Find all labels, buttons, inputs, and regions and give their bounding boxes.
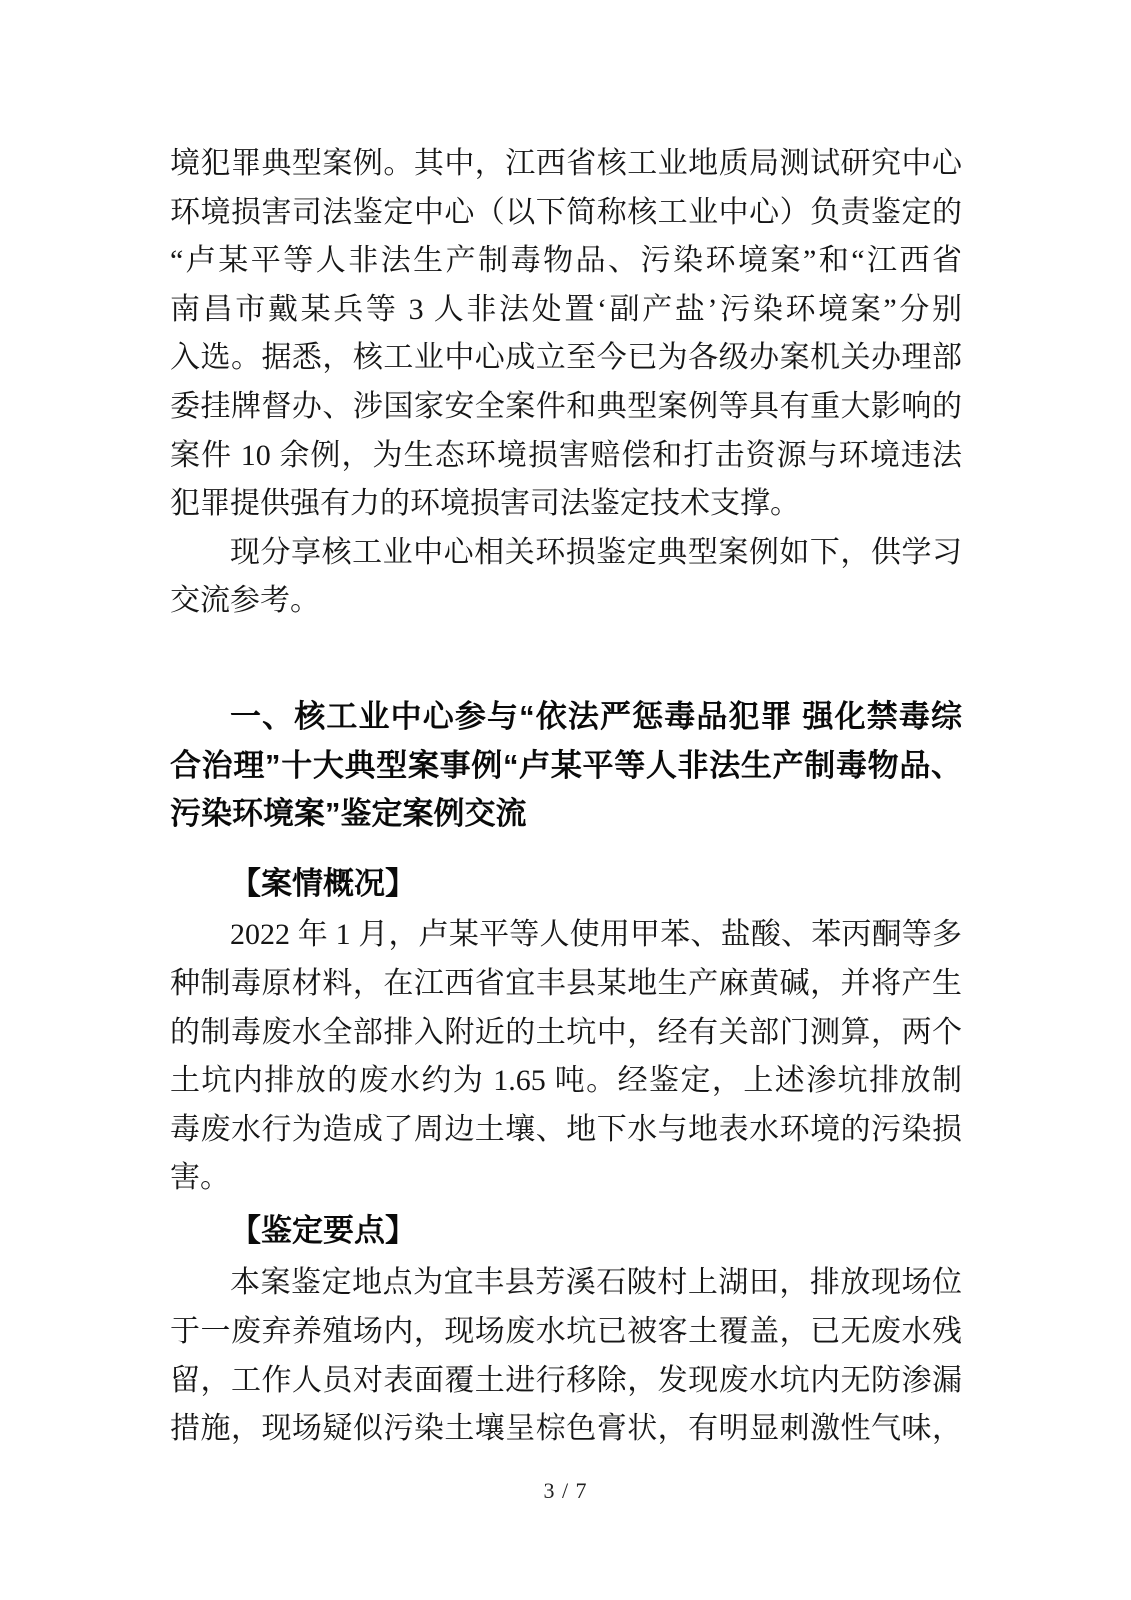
text-line: 入选。据悉，核工业中心成立至今已为各级办案机关办理部 <box>170 334 962 383</box>
text-line: 交流参考。 <box>170 577 962 626</box>
heading-line: 一、核工业中心参与“依法严惩毒品犯罪 强化禁毒综 <box>170 693 962 742</box>
text-line: 境犯罪典型案例。其中，江西省核工业地质局测试研究中心 <box>170 140 962 189</box>
heading-line: 污染环境案”鉴定案例交流 <box>170 790 962 839</box>
page-number: 3 / 7 <box>0 1478 1131 1504</box>
text-line: 现分享核工业中心相关环损鉴定典型案例如下，供学习 <box>170 529 962 578</box>
text-line: 犯罪提供强有力的环境损害司法鉴定技术支撑。 <box>170 480 962 529</box>
text-line: 案件 10 余例，为生态环境损害赔偿和打击资源与环境违法 <box>170 432 962 481</box>
text-line: 措施，现场疑似污染土壤呈棕色膏状，有明显刺激性气味， <box>170 1405 962 1454</box>
text-line: 害。 <box>170 1154 962 1203</box>
text-line: 南昌市戴某兵等 3 人非法处置‘副产盐’污染环境案”分别 <box>170 286 962 335</box>
text-line: 本案鉴定地点为宜丰县芳溪石陂村上湖田，排放现场位 <box>170 1259 962 1308</box>
text-column: 境犯罪典型案例。其中，江西省核工业地质局测试研究中心 环境损害司法鉴定中心（以下… <box>170 140 962 1454</box>
paragraph-share-note: 现分享核工业中心相关环损鉴定典型案例如下，供学习 交流参考。 <box>170 529 962 626</box>
paragraph-appraisal-points: 本案鉴定地点为宜丰县芳溪石陂村上湖田，排放现场位 于一废弃养殖场内，现场废水坑已… <box>170 1259 962 1453</box>
text-line: 毒废水行为造成了周边土壤、地下水与地表水环境的污染损 <box>170 1106 962 1155</box>
text-line: 的制毒废水全部排入附近的土坑中，经有关部门测算，两个 <box>170 1009 962 1058</box>
text-line: 于一废弃养殖场内，现场废水坑已被客土覆盖，已无废水残 <box>170 1308 962 1357</box>
paragraph-intro: 境犯罪典型案例。其中，江西省核工业地质局测试研究中心 环境损害司法鉴定中心（以下… <box>170 140 962 529</box>
text-line: 土坑内排放的废水约为 1.65 吨。经鉴定，上述渗坑排放制 <box>170 1057 962 1106</box>
document-page: 境犯罪典型案例。其中，江西省核工业地质局测试研究中心 环境损害司法鉴定中心（以下… <box>0 0 1131 1600</box>
text-line: 种制毒原材料，在江西省宜丰县某地生产麻黄碱，并将产生 <box>170 960 962 1009</box>
text-line: 留，工作人员对表面覆土进行移除，发现废水坑内无防渗漏 <box>170 1357 962 1406</box>
text-line: 环境损害司法鉴定中心（以下简称核工业中心）负责鉴定的 <box>170 189 962 238</box>
text-line: 委挂牌督办、涉国家安全案件和典型案例等具有重大影响的 <box>170 383 962 432</box>
section-heading-case-one: 一、核工业中心参与“依法严惩毒品犯罪 强化禁毒综 合治理”十大典型案事例“卢某平… <box>170 693 962 839</box>
heading-line: 合治理”十大典型案事例“卢某平等人非法生产制毒物品、 <box>170 742 962 791</box>
paragraph-case-overview: 2022 年 1 月，卢某平等人使用甲苯、盐酸、苯丙酮等多 种制毒原材料，在江西… <box>170 911 962 1203</box>
subheading-case-overview: 【案情概况】 <box>170 860 962 909</box>
text-line: “卢某平等人非法生产制毒物品、污染环境案”和“江西省 <box>170 237 962 286</box>
text-line: 2022 年 1 月，卢某平等人使用甲苯、盐酸、苯丙酮等多 <box>170 911 962 960</box>
subheading-text: 【案情概况】 <box>170 860 962 909</box>
subheading-appraisal-points: 【鉴定要点】 <box>170 1207 962 1256</box>
subheading-text: 【鉴定要点】 <box>170 1207 962 1256</box>
